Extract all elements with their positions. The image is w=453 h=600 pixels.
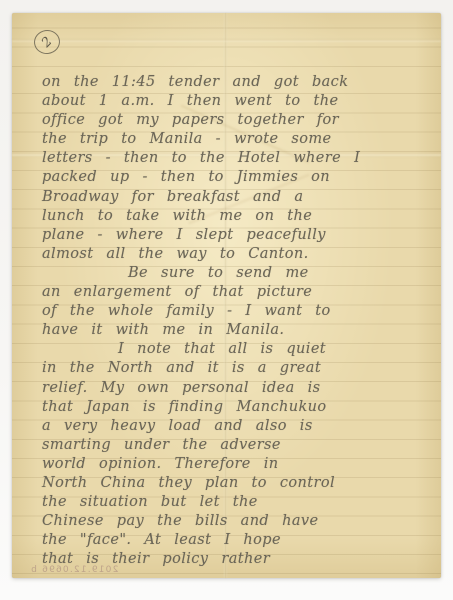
handwritten-line: North China they plan to control [42,474,431,493]
handwritten-line: the trip to Manila - wrote some [42,130,431,149]
handwritten-line: about 1 a.m. I then went to the [42,92,431,111]
handwritten-line: an enlargement of that picture [42,283,431,302]
handwritten-line: have it with me in Manila. [42,321,431,340]
letter-body: on the 11:45 tender and got back about 1… [42,73,431,569]
scan-background: 2 on the 11:45 tender and got back about… [0,0,453,600]
handwritten-line: the "face". At least I hope [42,531,431,550]
handwritten-line: in the North and it is a great [42,359,431,378]
handwritten-line: plane - where I slept peacefully [42,226,431,245]
handwritten-line: world opinion. Therefore in [42,455,431,474]
handwritten-line: of the whole family - I want to [42,302,431,321]
page-number-text: 2 [39,34,56,50]
handwritten-line: smarting under the adverse [42,436,431,455]
handwritten-line: a very heavy load and also is [42,417,431,436]
handwritten-line: lunch to take with me on the [42,207,431,226]
fold-crease-top [12,39,441,42]
handwritten-line: the situation but let the [42,493,431,512]
handwritten-line: Chinese pay the bills and have [42,512,431,531]
handwritten-line: Broadway for breakfast and a [42,188,431,207]
handwritten-line: that Japan is finding Manchukuo [42,398,431,417]
handwritten-line: packed up - then to Jimmies on [42,168,431,187]
handwritten-line: on the 11:45 tender and got back [42,73,431,92]
handwritten-line: Be sure to send me [128,264,431,283]
page-number-badge: 2 [32,28,61,55]
handwritten-line: relief. My own personal idea is [42,379,431,398]
handwritten-line: I note that all is quiet [118,340,431,359]
letter-page: 2 on the 11:45 tender and got back about… [12,13,441,578]
handwritten-line: almost all the way to Canton. [42,245,431,264]
catalog-number: 2019.12.0696 b [30,565,118,575]
handwritten-line: letters - then to the Hotel where I [42,149,431,168]
handwritten-line: office got my papers together for [42,111,431,130]
